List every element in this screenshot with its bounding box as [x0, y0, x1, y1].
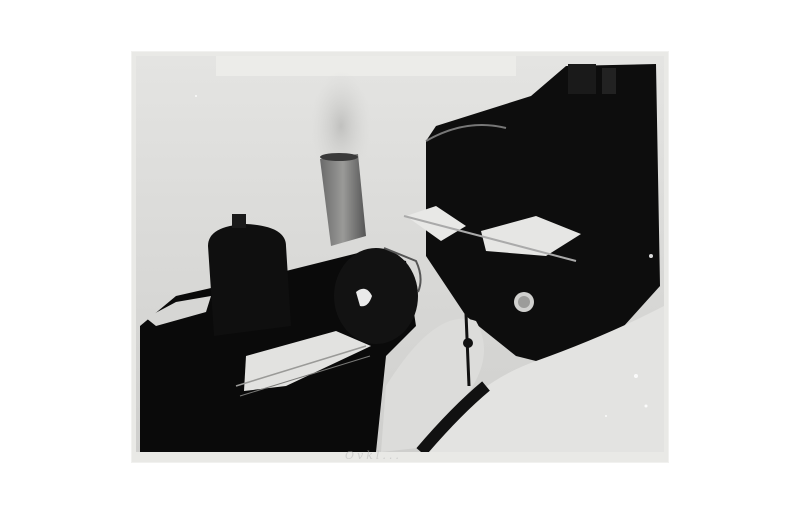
photo-illustration [136, 56, 664, 452]
locomotive-photograph [136, 56, 664, 452]
handwritten-caption: Ovkl... [345, 449, 465, 463]
steam-dome [208, 224, 291, 336]
